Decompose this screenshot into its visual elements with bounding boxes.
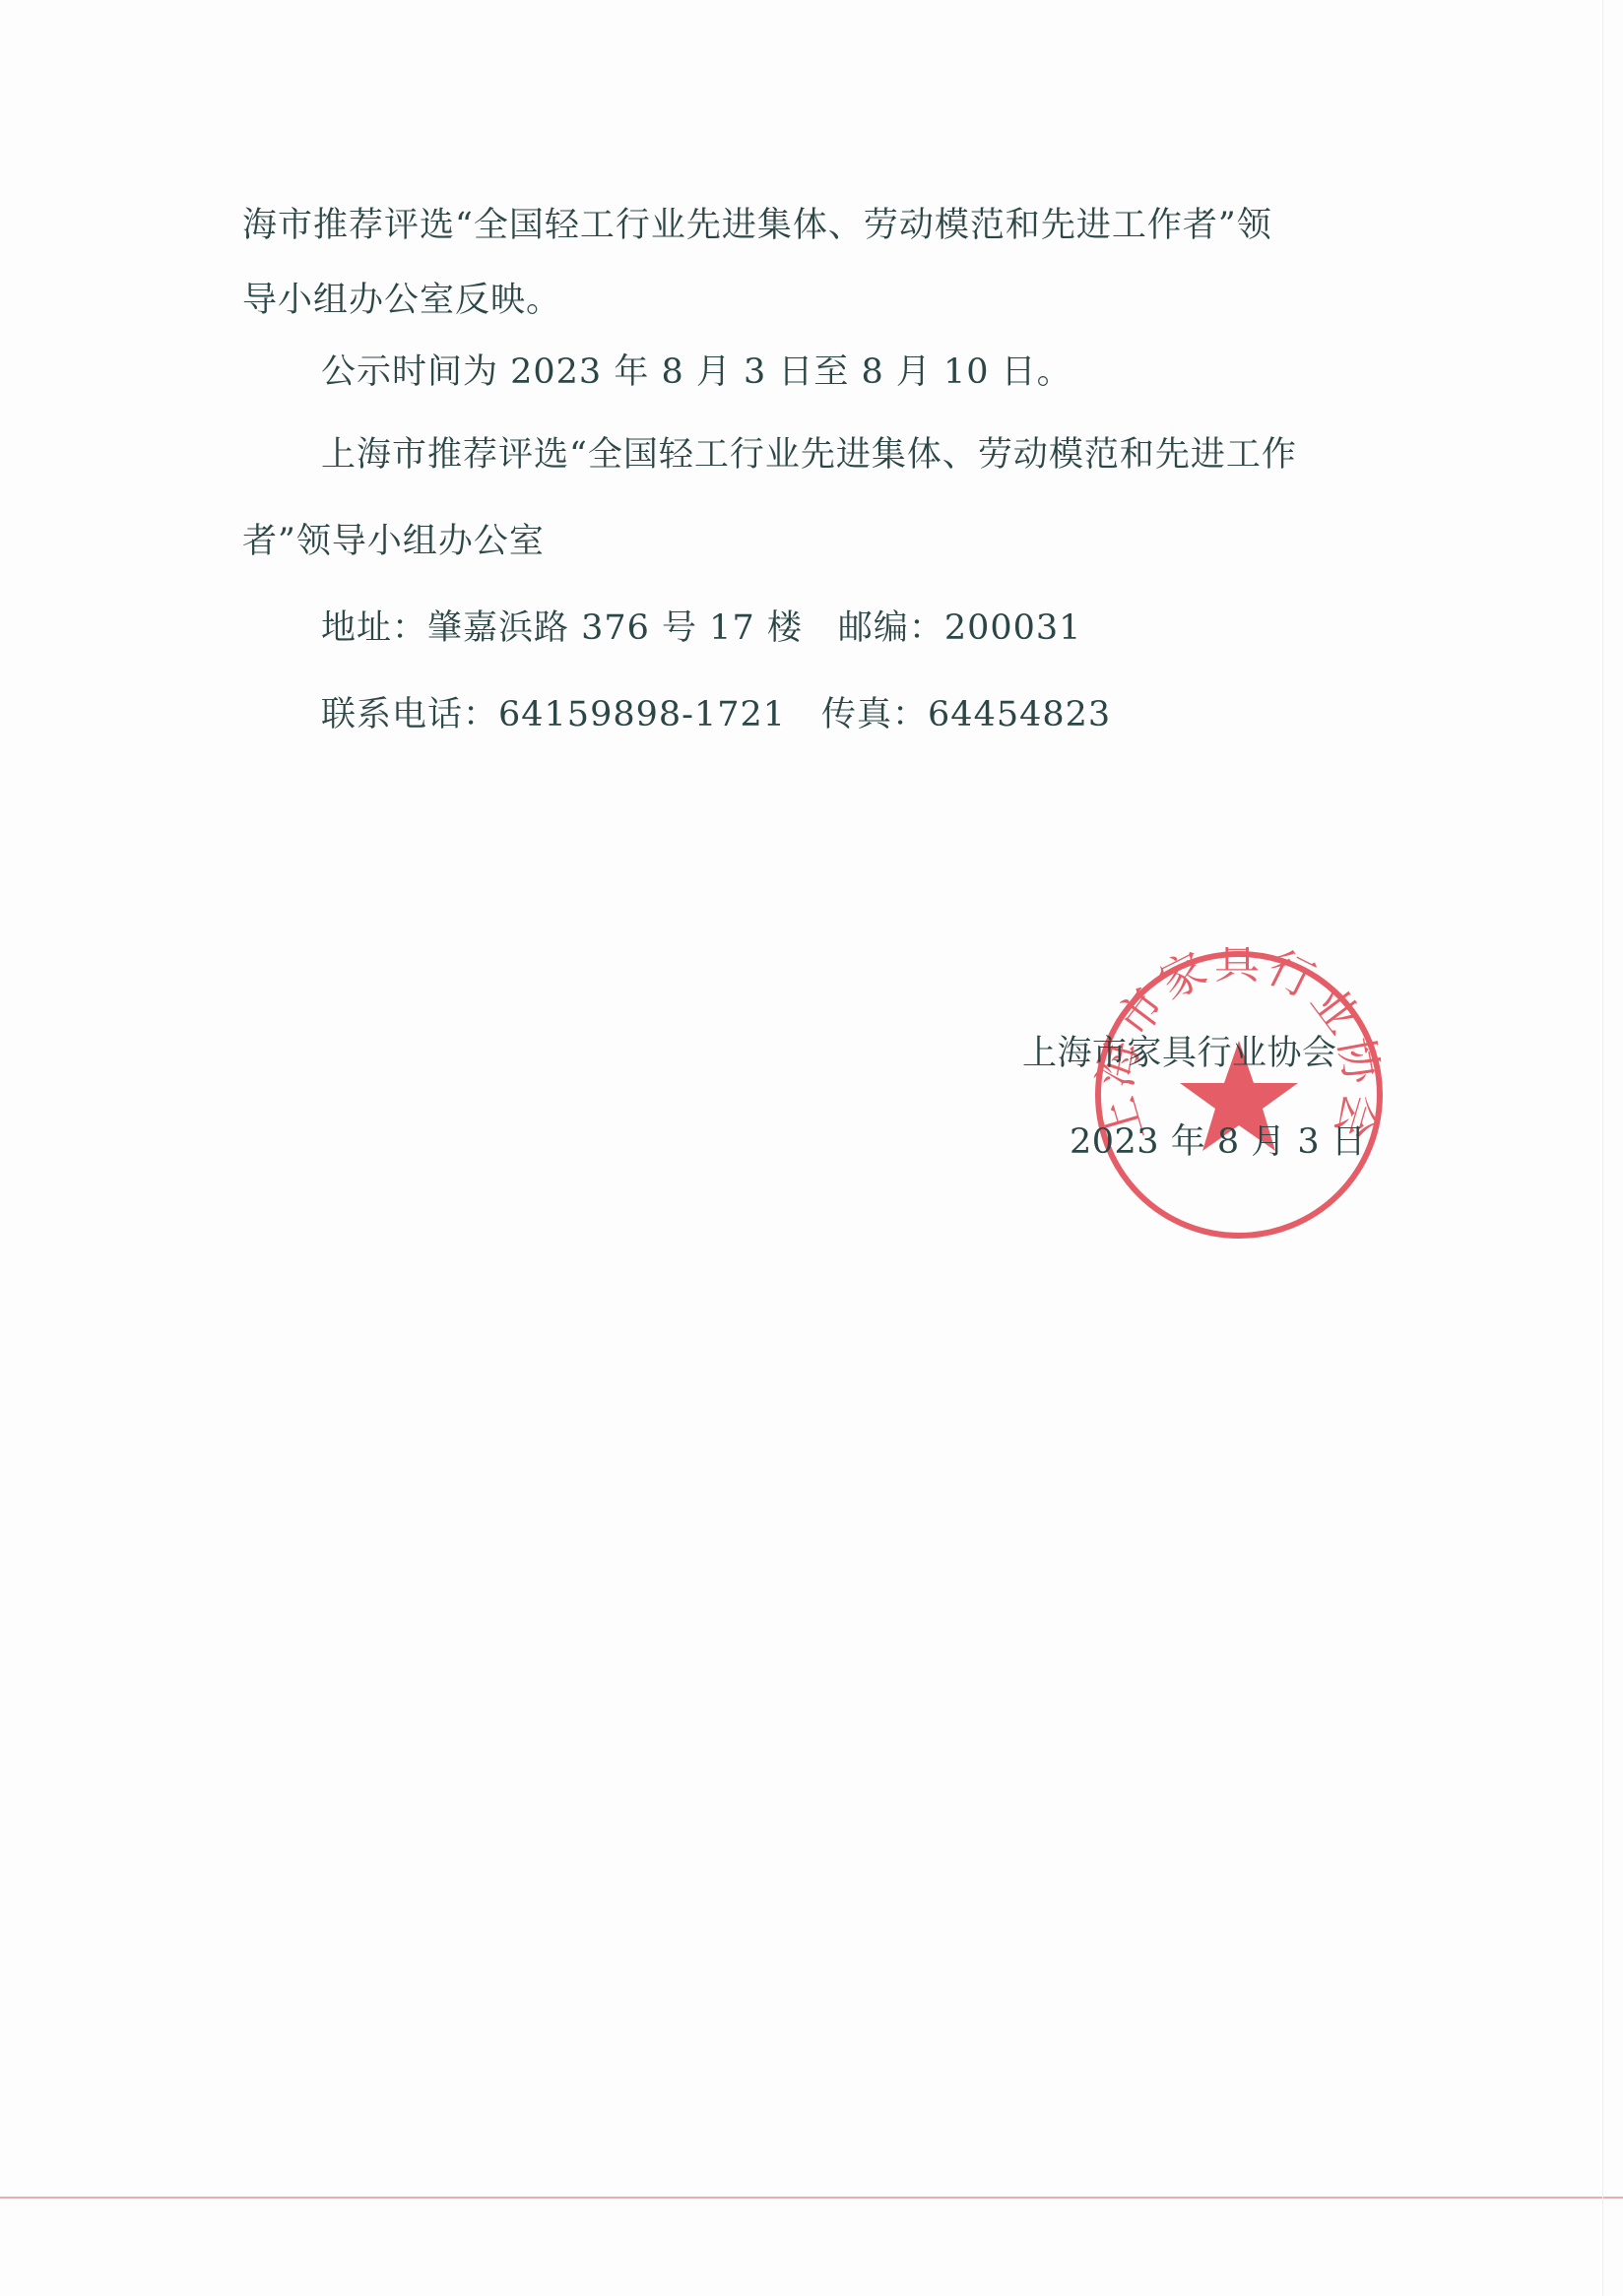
office-line-1: 上海市推荐评选“全国轻工行业先进集体、劳动模范和先进工作: [321, 433, 1454, 477]
footer-divider: [0, 2197, 1623, 2199]
document-page: 海市推荐评选“全国轻工行业先进集体、劳动模范和先进工作者”领 导小组办公室反映。…: [0, 0, 1623, 2296]
contact-line: 联系电话：64159898-1721 传真：64454823: [321, 693, 1454, 736]
office-line-2: 者”领导小组办公室: [242, 520, 1375, 563]
signature-organization: 上海市家具行业协会: [1022, 1032, 1337, 1075]
paragraph-1-line-2: 导小组办公室反映。: [242, 279, 1375, 322]
official-seal-stamp: 上海市家具行业协会: [1091, 947, 1387, 1243]
notice-period: 公示时间为 2023 年 8 月 3 日至 8 月 10 日。: [321, 351, 1454, 394]
signature-date: 2023 年 8 月 3 日: [1070, 1120, 1366, 1164]
scan-edge: [1602, 0, 1603, 2296]
paragraph-1-line-1: 海市推荐评选“全国轻工行业先进集体、劳动模范和先进工作者”领: [242, 204, 1375, 247]
address-line: 地址：肇嘉浜路 376 号 17 楼 邮编：200031: [321, 606, 1454, 650]
